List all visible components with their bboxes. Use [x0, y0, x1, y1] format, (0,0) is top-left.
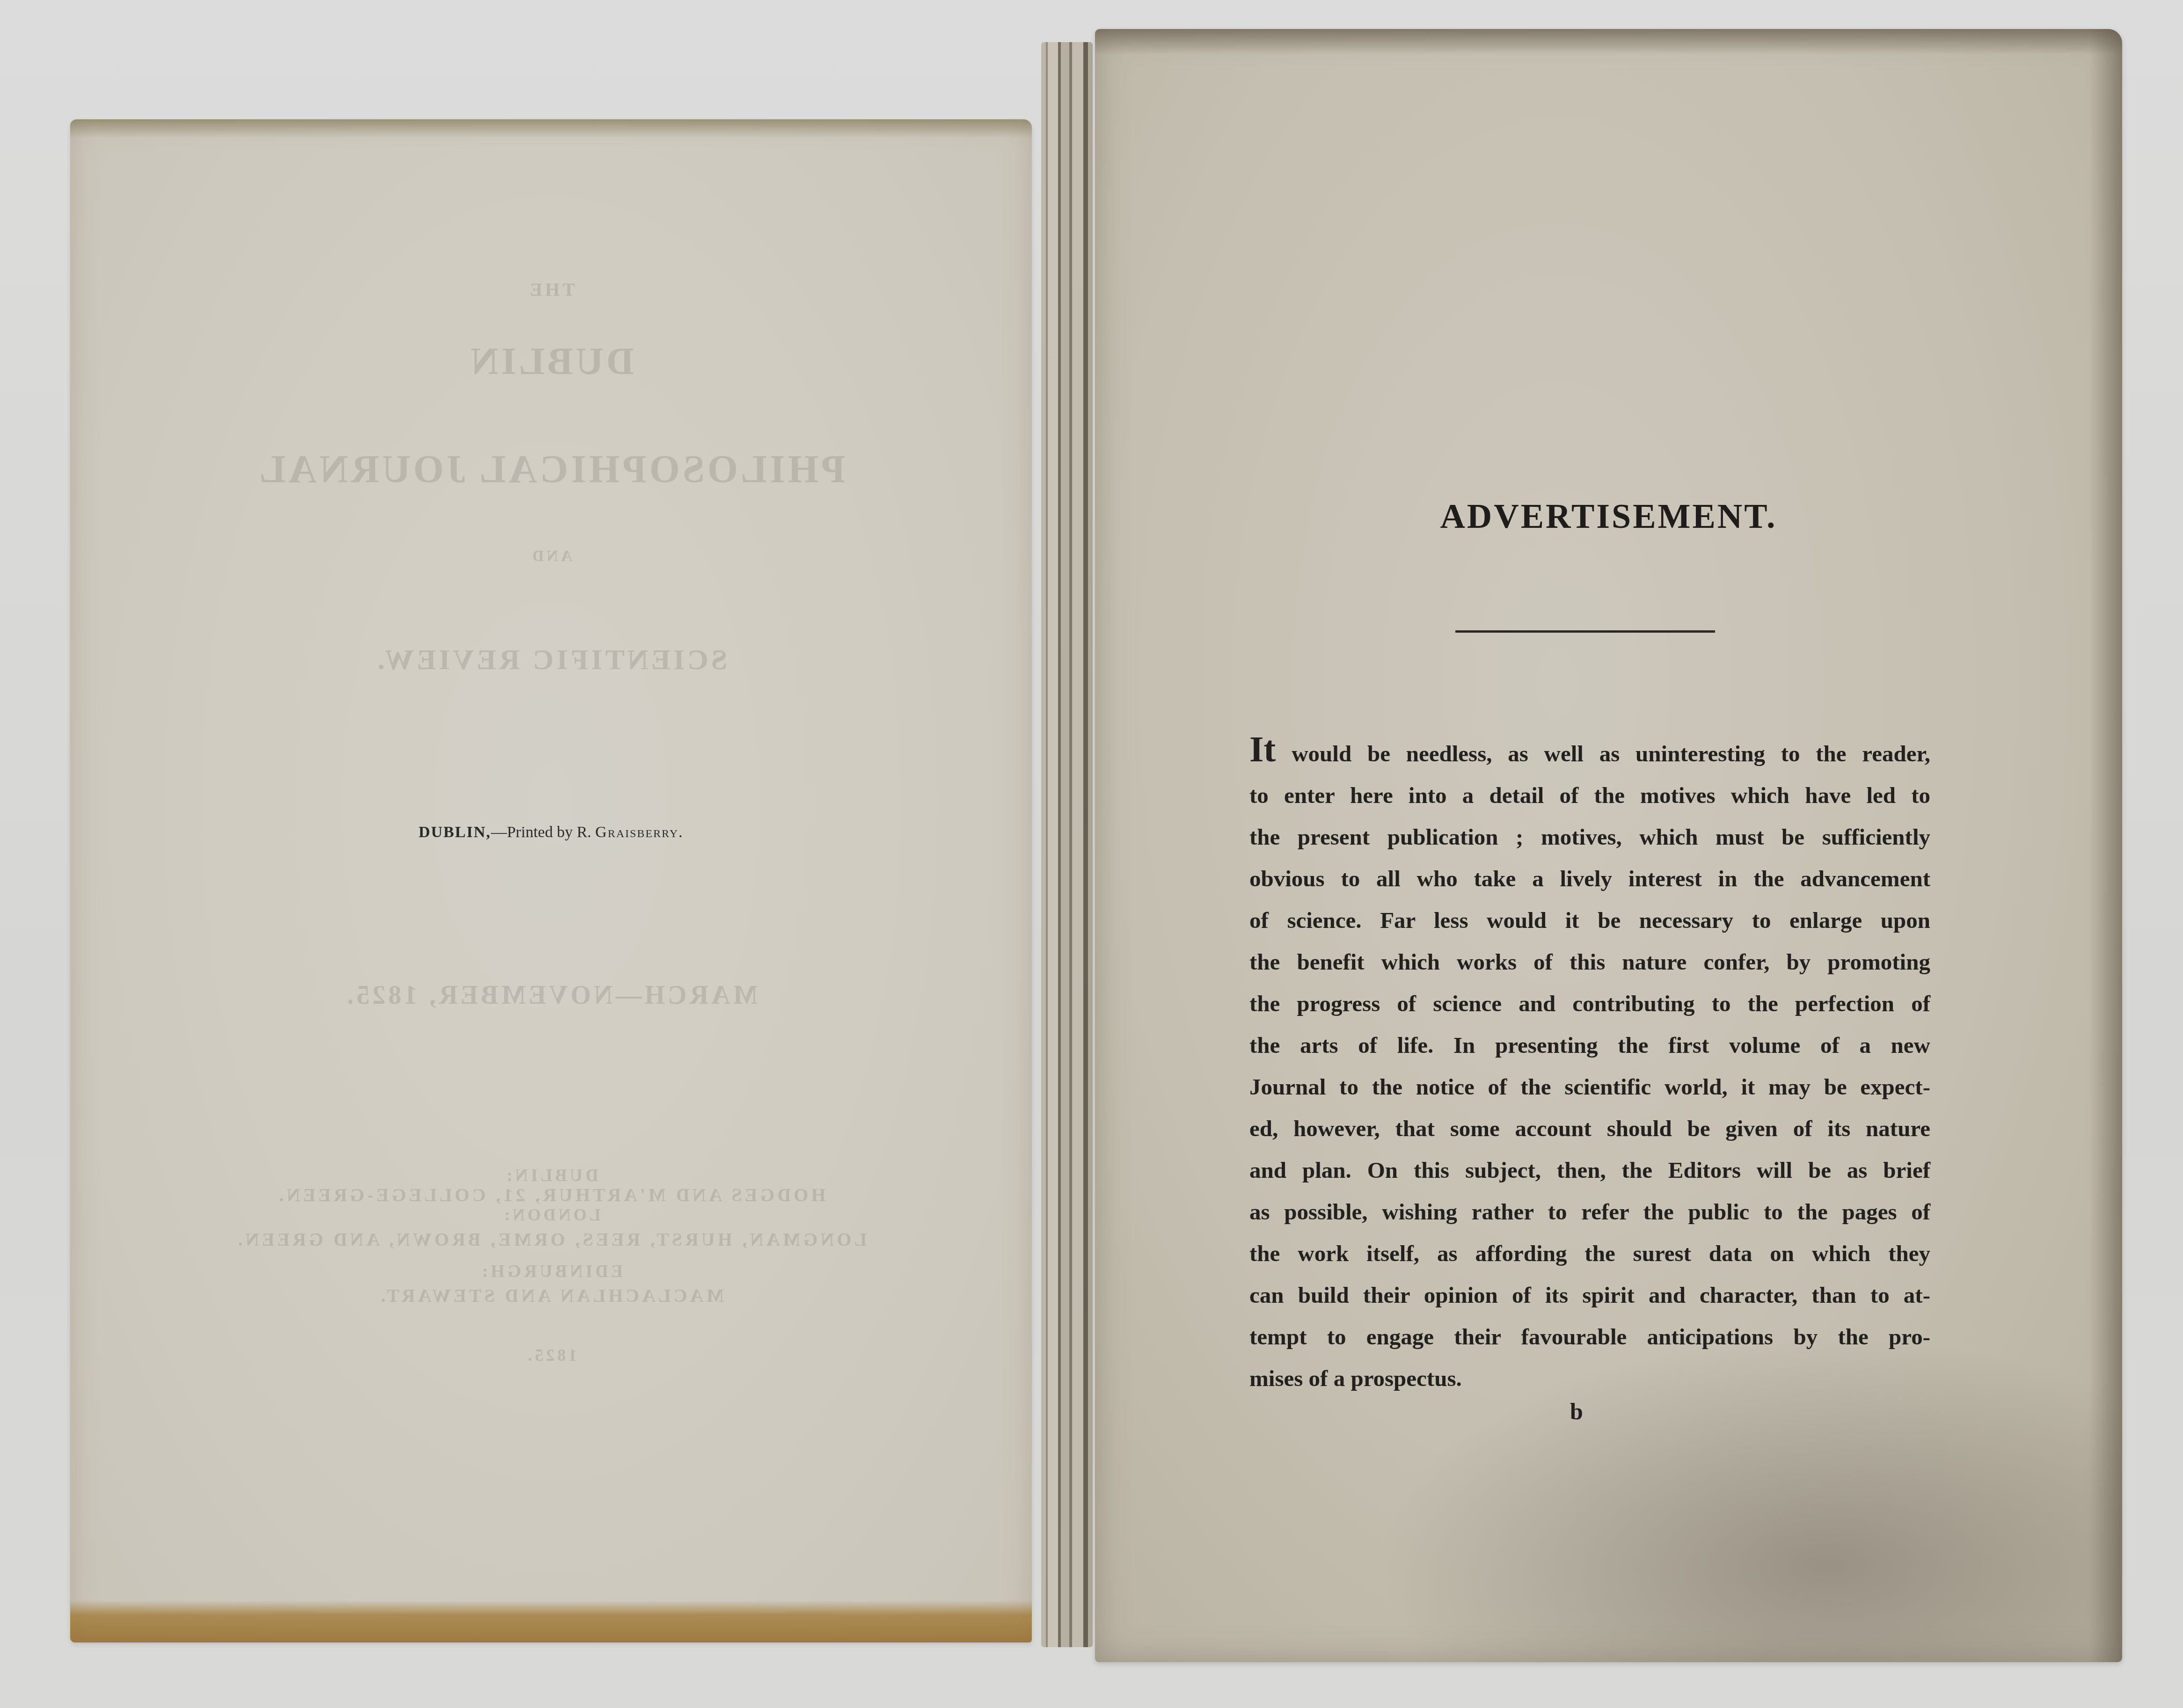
book-spine-gutter [1041, 42, 1093, 1647]
showthrough-text: MACLACHLAN AND STEWART. [70, 1285, 1032, 1307]
top-edge-stain [70, 119, 1032, 138]
body-line: obvious to all who take a lively interes… [1249, 858, 1930, 899]
body-line: It would be needless, as well as uninter… [1249, 731, 1930, 774]
body-line: can build their opinion of its spirit an… [1249, 1274, 1930, 1316]
body-line: of science. Far less would it be necessa… [1249, 899, 1930, 941]
imprint-city: DUBLIN, [418, 824, 491, 841]
imprint-printer-name: Graisberry. [595, 824, 683, 841]
imprint-dash: — [491, 824, 507, 841]
body-line: to enter here into a detail of the motiv… [1249, 774, 1930, 816]
showthrough-text: AND [70, 547, 1032, 565]
showthrough-text: 1825. [70, 1345, 1032, 1365]
body-line: the present publication ; motives, which… [1249, 816, 1930, 858]
showthrough-text: THE [70, 278, 1032, 300]
body-line: ed, however, that some account should be… [1249, 1108, 1930, 1149]
drop-cap: It [1249, 729, 1276, 769]
left-page: THE DUBLIN PHILOSOPHICAL JOURNAL AND SCI… [70, 119, 1032, 1642]
imprint-printed-by: Printed by R. [507, 824, 591, 841]
body-line: mises of a prospectus. [1249, 1358, 1930, 1399]
showthrough-text: PHILOSOPHICAL JOURNAL [70, 447, 1032, 492]
body-line: and plan. On this subject, then, the Edi… [1249, 1149, 1930, 1191]
printer-imprint: DUBLIN,—Printed by R. Graisberry. [70, 824, 1032, 841]
top-edge-stain [1095, 29, 2122, 55]
showthrough-text: DUBLIN [70, 339, 1032, 383]
body-line: as possible, wishing rather to refer the… [1249, 1191, 1930, 1233]
showthrough-text: HODGES AND M'ARTHUR, 21, COLLEGE-GREEN. [70, 1184, 1032, 1206]
body-line: the benefit which works of this nature c… [1249, 941, 1930, 983]
bottom-edge-stain [70, 1600, 1032, 1642]
page-title: ADVERTISEMENT. [1095, 497, 2122, 537]
showthrough-text: LONGMAN, HURST, REES, ORME, BROWN, AND G… [70, 1228, 1032, 1250]
showthrough-text: DUBLIN: [70, 1165, 1032, 1186]
printer-signature-mark: b [1570, 1398, 1583, 1425]
showthrough-text: EDINBURGH: [70, 1261, 1032, 1282]
showthrough-text: LONDON: [70, 1205, 1032, 1225]
body-line: the work itself, as affording the surest… [1249, 1233, 1930, 1274]
body-line: the progress of science and contributing… [1249, 983, 1930, 1024]
showthrough-text: MARCH—NOVEMBER, 1825. [70, 980, 1032, 1010]
right-page: ADVERTISEMENT. It would be needless, as … [1095, 29, 2122, 1662]
showthrough-text: SCIENTIFIC REVIEW. [70, 643, 1032, 677]
body-line: Journal to the notice of the scientific … [1249, 1066, 1930, 1108]
body-line: tempt to engage their favourable anticip… [1249, 1316, 1930, 1358]
body-line: the arts of life. In presenting the firs… [1249, 1024, 1930, 1066]
heading-rule [1455, 630, 1715, 633]
advertisement-body: It would be needless, as well as uninter… [1249, 731, 1930, 1399]
